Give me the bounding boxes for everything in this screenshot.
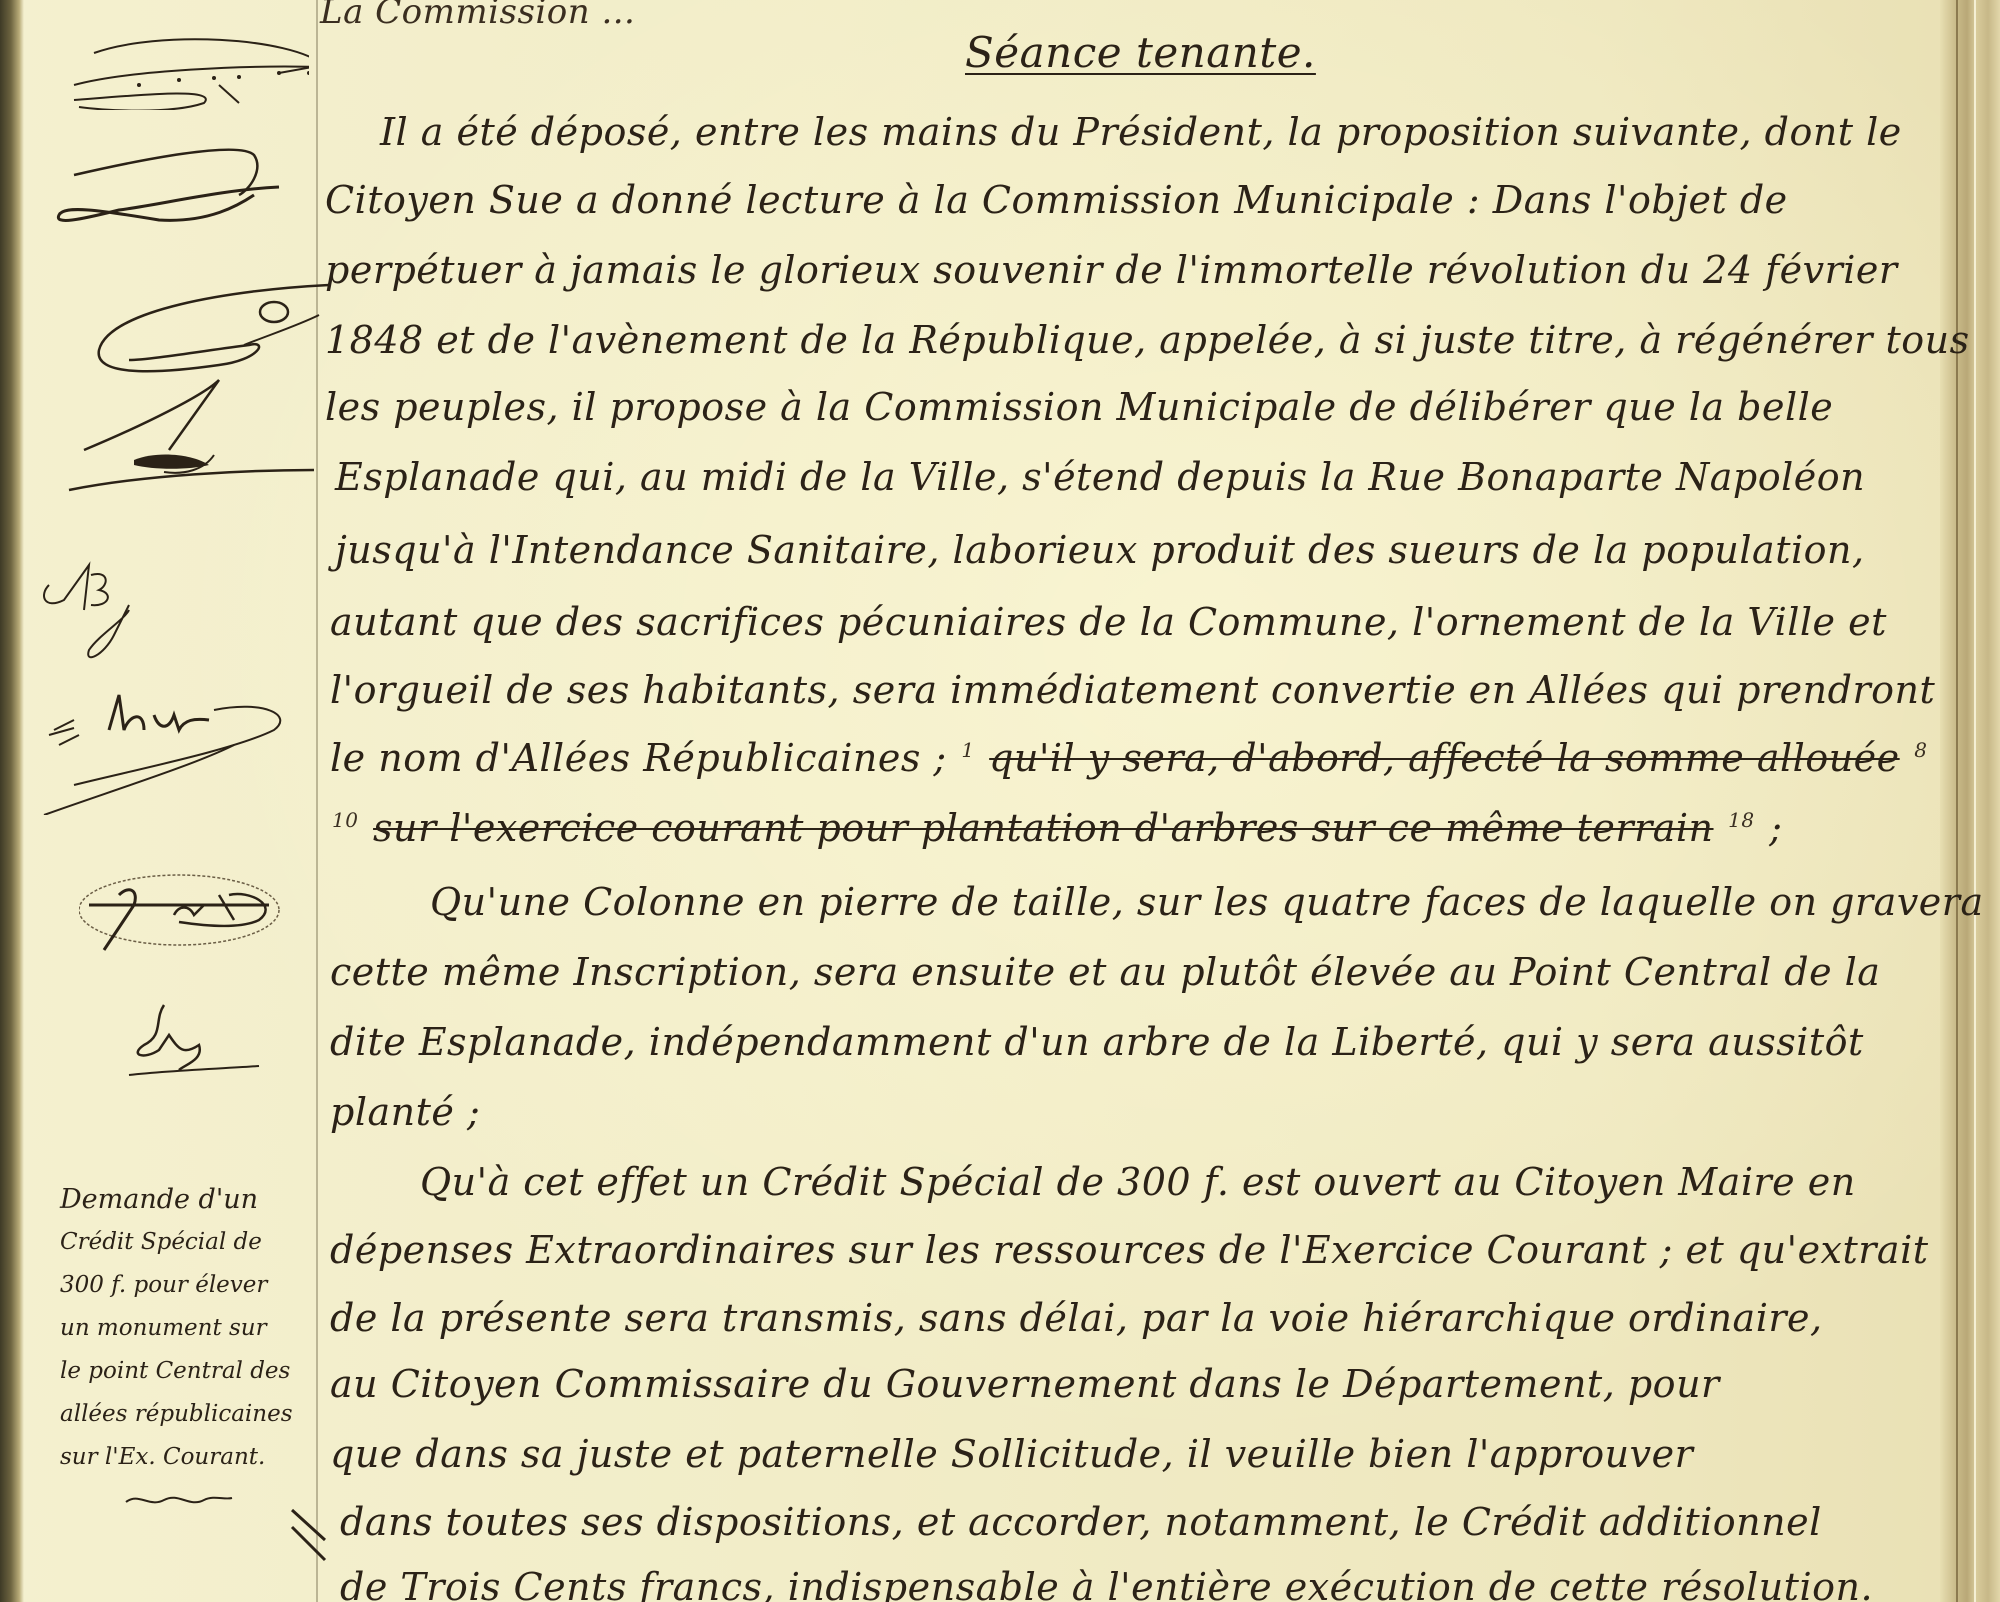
line-end-punctuation: ; — [1769, 806, 1782, 850]
signature-9-sg-icon — [124, 1000, 264, 1080]
struck-line: 10 sur l'exercice courant pour plantatio… — [330, 806, 1782, 850]
body-line: Qu'à cet effet un Crédit Spécial de 300 … — [420, 1160, 1856, 1204]
signature-7-nu-icon — [34, 690, 294, 815]
marginal-note-line: 300 f. pour élever — [60, 1264, 350, 1307]
page-edge — [1940, 0, 2000, 1602]
signature-3-oval-paraph-icon — [69, 280, 329, 380]
struck-text: qu'il y sera, d'abord, affecté la somme … — [989, 736, 1900, 780]
body-line: de Trois Cents francs, indispensable à l… — [340, 1565, 1873, 1602]
footnote-marker: 10 — [332, 808, 358, 832]
body-line: dans toutes ses dispositions, et accorde… — [340, 1500, 1822, 1544]
body-line: les peuples, il propose à la Commission … — [325, 385, 1833, 429]
body-line-text: le nom d'Allées Républicaines ; — [330, 736, 947, 780]
marginal-note-line: allées républicaines — [60, 1393, 350, 1436]
body-line: Qu'une Colonne en pierre de taille, sur … — [430, 880, 1984, 924]
marginal-note-line: le point Central des — [60, 1350, 350, 1393]
page-edge-line — [1956, 0, 1958, 1602]
body-line: 1848 et de l'avènement de la République,… — [325, 318, 1970, 362]
flourish-divider-icon — [124, 1490, 234, 1514]
body-line: planté ; — [330, 1090, 480, 1134]
body-line: Il a été déposé, entre les mains du Prés… — [380, 110, 1902, 154]
page-edge-highlight — [1974, 0, 1976, 1602]
signature-8-struck-icon — [79, 860, 289, 960]
footnote-marker: 1 — [961, 738, 974, 762]
body-line: que dans sa juste et paternelle Sollicit… — [330, 1432, 1693, 1476]
marginal-note-line: sur l'Ex. Courant. — [60, 1436, 350, 1479]
signature-4-paraph-icon — [64, 375, 314, 500]
body-line: de la présente sera transmis, sans délai… — [330, 1296, 1823, 1340]
marginal-note-line: Crédit Spécial de — [60, 1221, 350, 1264]
struck-text: sur l'exercice courant pour plantation d… — [373, 806, 1713, 850]
book-binding-shadow — [0, 0, 24, 1602]
left-margin: Demande d'un Crédit Spécial de 300 f. po… — [24, 0, 316, 1602]
body-line: au Citoyen Commissaire du Gouvernement d… — [330, 1362, 1720, 1406]
signature-1-flourish-icon — [69, 25, 309, 110]
signature-2-paraph-icon — [39, 135, 289, 230]
signature-5-initials-icon — [29, 555, 159, 665]
body-line: Esplanade qui, au midi de la Ville, s'ét… — [335, 455, 1865, 499]
body-line: perpétuer à jamais le glorieux souvenir … — [325, 248, 1898, 292]
header-fragment: La Commission ... — [320, 0, 635, 32]
section-title: Séance tenante. — [965, 28, 1316, 77]
marginal-note-line: un monument sur — [60, 1307, 350, 1350]
marginal-note: Demande d'un Crédit Spécial de 300 f. po… — [60, 1178, 350, 1479]
manuscript-page: Demande d'un Crédit Spécial de 300 f. po… — [0, 0, 2000, 1602]
body-line-with-struck-text: le nom d'Allées Républicaines ; 1 qu'il … — [330, 736, 1930, 780]
footnote-marker: 8 — [1914, 738, 1927, 762]
body-line: autant que des sacrifices pécuniaires de… — [330, 600, 1887, 644]
body-line: Citoyen Sue a donné lecture à la Commiss… — [325, 178, 1788, 222]
body-line: l'orgueil de ses habitants, sera immédia… — [330, 668, 1935, 712]
marginal-note-line: Demande d'un — [60, 1178, 350, 1221]
body-line: dite Esplanade, indépendamment d'un arbr… — [330, 1020, 1864, 1064]
main-text-column: La Commission ... Séance tenante. Il a é… — [320, 0, 1920, 1602]
body-line: jusqu'à l'Intendance Sanitaire, laborieu… — [335, 528, 1865, 572]
body-line: dépenses Extraordinaires sur les ressour… — [330, 1228, 1929, 1272]
footnote-marker: 18 — [1728, 808, 1754, 832]
body-line: cette même Inscription, sera ensuite et … — [330, 950, 1880, 994]
